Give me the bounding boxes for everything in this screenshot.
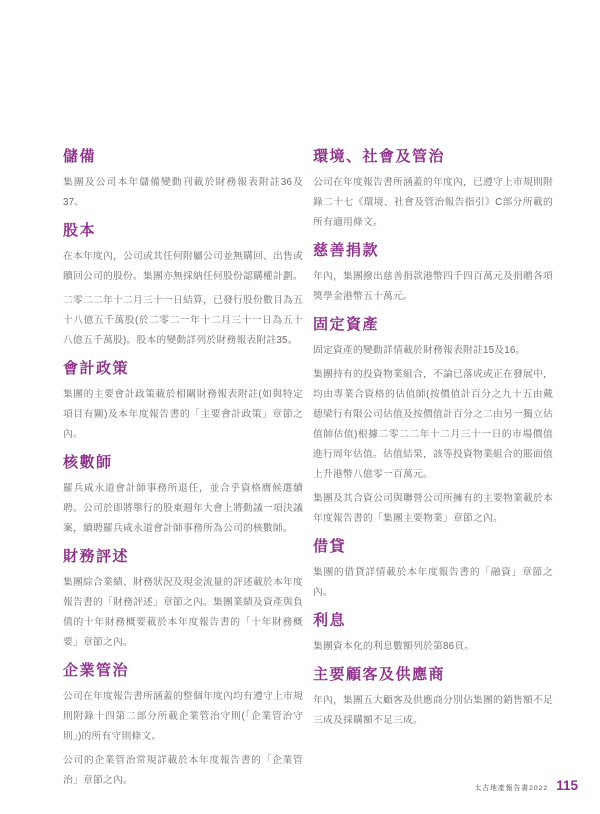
section-heading: 儲備 bbox=[63, 148, 303, 166]
section-accounting-policies: 會計政策 集團的主要會計政策載於相關財務報表附註(如與特定項目有關)及本年度報告… bbox=[63, 360, 303, 445]
paragraph: 集團綜合業績、財務狀況及現金流量的評述載於本年度報告書的「財務評述」章節之內。集… bbox=[63, 573, 303, 653]
section-heading: 企業管治 bbox=[63, 662, 303, 680]
section-heading: 股本 bbox=[63, 222, 303, 240]
section-heading: 主要顧客及供應商 bbox=[313, 666, 553, 684]
right-column: 環境、社會及管治 公司在年度報告書所涵蓋的年度內，已遵守上市規則附錄二十七《環境… bbox=[313, 148, 553, 800]
paragraph: 集團的借貸詳情載於本年度報告書的「融資」章節之內。 bbox=[313, 563, 553, 603]
left-column: 儲備 集團及公司本年儲備變動刊載於財務報表附註36及37。 股本 在本年度內，公… bbox=[63, 148, 303, 800]
section-borrowings: 借貸 集團的借貸詳情載於本年度報告書的「融資」章節之內。 bbox=[313, 538, 553, 603]
section-corporate-governance: 企業管治 公司在年度報告書所涵蓋的整個年度內均有遵守上市規則附錄十四第二部分所載… bbox=[63, 662, 303, 791]
section-heading: 借貸 bbox=[313, 538, 553, 556]
paragraph: 集團及其合資公司與聯營公司所擁有的主要物業載於本年度報告書的「集團主要物業」章節… bbox=[313, 489, 553, 529]
paragraph: 公司在年度報告書所涵蓋的整個年度內均有遵守上市規則附錄十四第二部分所載企業管治守… bbox=[63, 687, 303, 747]
section-heading: 財務評述 bbox=[63, 548, 303, 566]
section-interest: 利息 集團資本化的利息數額列於第86頁。 bbox=[313, 612, 553, 657]
two-column-body: 儲備 集團及公司本年儲備變動刊載於財務報表附註36及37。 股本 在本年度內，公… bbox=[63, 148, 553, 800]
paragraph: 二零二二年十二月三十一日結算，已發行股份數目為五十八億五千萬股(於二零二一年十二… bbox=[63, 291, 303, 351]
section-heading: 慈善捐款 bbox=[313, 242, 553, 260]
section-auditor: 核數師 羅兵咸永道會計師事務所退任，並合乎資格膺候選續聘。公司於即將舉行的股東週… bbox=[63, 454, 303, 539]
section-fixed-assets: 固定資產 固定資產的變動詳情載於財務報表附註15及16。 集團持有的投資物業組合… bbox=[313, 316, 553, 529]
paragraph: 在本年度內，公司或其任何附屬公司並無購回、出售或贖回公司的股份。集團亦無採納任何… bbox=[63, 247, 303, 287]
section-share-capital: 股本 在本年度內，公司或其任何附屬公司並無購回、出售或贖回公司的股份。集團亦無採… bbox=[63, 222, 303, 351]
paragraph: 集團的主要會計政策載於相關財務報表附註(如與特定項目有關)及本年度報告書的「主要… bbox=[63, 385, 303, 445]
page-footer: 太古地產報告書2022 115 bbox=[475, 778, 578, 793]
paragraph: 公司的企業管治常規詳載於本年度報告書的「企業管治」章節之內。 bbox=[63, 751, 303, 791]
paragraph: 集團資本化的利息數額列於第86頁。 bbox=[313, 637, 553, 657]
annual-report-page: 儲備 集團及公司本年儲備變動刊載於財務報表附註36及37。 股本 在本年度內，公… bbox=[0, 0, 600, 814]
section-major-customers-suppliers: 主要顧客及供應商 年內，集團五大顧客及供應商分別佔集團的銷售額不足三成及採購額不… bbox=[313, 666, 553, 731]
footer-report-title: 太古地產報告書2022 bbox=[475, 782, 549, 792]
section-esg: 環境、社會及管治 公司在年度報告書所涵蓋的年度內，已遵守上市規則附錄二十七《環境… bbox=[313, 148, 553, 233]
paragraph: 羅兵咸永道會計師事務所退任，並合乎資格膺候選續聘。公司於即將舉行的股東週年大會上… bbox=[63, 479, 303, 539]
section-heading: 環境、社會及管治 bbox=[313, 148, 553, 166]
paragraph: 年內，集團撥出慈善捐款港幣四千四百萬元及捐贈各項獎學金港幣五十萬元。 bbox=[313, 267, 553, 307]
section-heading: 固定資產 bbox=[313, 316, 553, 334]
section-heading: 會計政策 bbox=[63, 360, 303, 378]
section-reserves: 儲備 集團及公司本年儲備變動刊載於財務報表附註36及37。 bbox=[63, 148, 303, 213]
section-heading: 利息 bbox=[313, 612, 553, 630]
section-charitable-donations: 慈善捐款 年內，集團撥出慈善捐款港幣四千四百萬元及捐贈各項獎學金港幣五十萬元。 bbox=[313, 242, 553, 307]
paragraph: 公司在年度報告書所涵蓋的年度內，已遵守上市規則附錄二十七《環境、社會及管治報告指… bbox=[313, 173, 553, 233]
footer-page-number: 115 bbox=[556, 778, 578, 793]
paragraph: 集團及公司本年儲備變動刊載於財務報表附註36及37。 bbox=[63, 173, 303, 213]
paragraph: 固定資產的變動詳情載於財務報表附註15及16。 bbox=[313, 341, 553, 361]
paragraph: 年內，集團五大顧客及供應商分別佔集團的銷售額不足三成及採購額不足三成。 bbox=[313, 691, 553, 731]
section-financial-review: 財務評述 集團綜合業績、財務狀況及現金流量的評述載於本年度報告書的「財務評述」章… bbox=[63, 548, 303, 653]
paragraph: 集團持有的投資物業組合，不論已落成或正在發展中，均由專業合資格的估值師(按價值計… bbox=[313, 365, 553, 485]
section-heading: 核數師 bbox=[63, 454, 303, 472]
